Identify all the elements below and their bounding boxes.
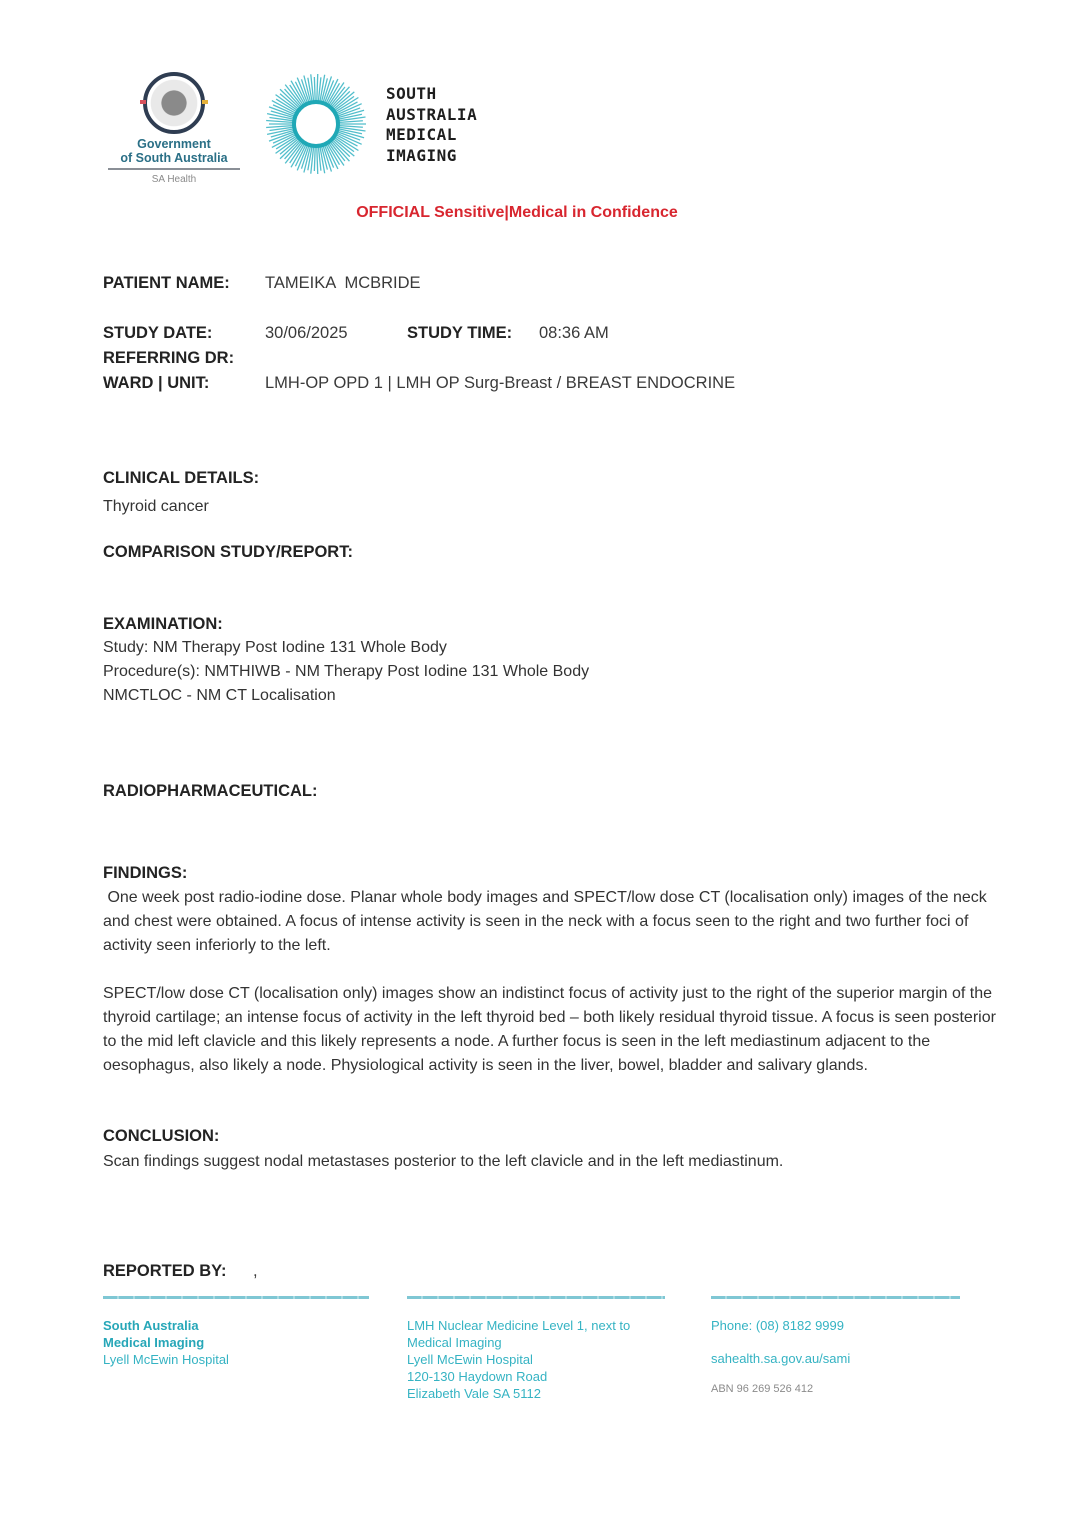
footer-address-line: Lyell McEwin Hospital: [407, 1351, 630, 1368]
sami-word-3: MEDICAL: [386, 125, 477, 146]
footer-org-line2: Medical Imaging: [103, 1335, 204, 1350]
findings-paragraph-1: One week post radio-iodine dose. Planar …: [103, 886, 1001, 958]
study-time-label: STUDY TIME:: [407, 324, 512, 343]
findings-paragraph-2: SPECT/low dose CT (localisation only) im…: [103, 982, 1001, 1078]
examination-study: Study: NM Therapy Post Iodine 131 Whole …: [103, 636, 1003, 660]
footer-address-line: LMH Nuclear Medicine Level 1, next to: [407, 1317, 630, 1334]
clinical-details-heading: CLINICAL DETAILS:: [103, 469, 1003, 488]
study-date-label: STUDY DATE:: [103, 324, 212, 343]
footer-address: LMH Nuclear Medicine Level 1, next to Me…: [407, 1317, 630, 1402]
examination-heading: EXAMINATION:: [103, 615, 1003, 634]
patient-name-value: TAMEIKA MCBRIDE: [265, 274, 421, 293]
footer-address-line: Medical Imaging: [407, 1334, 630, 1351]
footer-rule-1: [103, 1296, 369, 1299]
footer-contact: Phone: (08) 8182 9999 sahealth.sa.gov.au…: [711, 1317, 850, 1398]
sami-word-1: SOUTH: [386, 84, 477, 105]
patient-name-label: PATIENT NAME:: [103, 274, 230, 293]
footer-org-line1: South Australia: [103, 1318, 199, 1333]
reported-by-value: ,: [253, 1262, 258, 1281]
footer-address-line: Elizabeth Vale SA 5112: [407, 1385, 630, 1402]
findings-heading: FINDINGS:: [103, 864, 1003, 883]
sami-burst-icon: [264, 72, 368, 176]
gov-name-line2: of South Australia: [108, 151, 240, 165]
conclusion-heading: CONCLUSION:: [103, 1127, 1003, 1146]
footer-rule-2: [407, 1296, 665, 1299]
footer-rule-3: [711, 1296, 960, 1299]
sami-word-2: AUSTRALIA: [386, 105, 477, 126]
footer-org: South Australia Medical Imaging Lyell Mc…: [103, 1317, 229, 1368]
radiopharmaceutical-heading: RADIOPHARMACEUTICAL:: [103, 782, 1003, 801]
gov-logo-sub: SA Health: [108, 174, 240, 185]
classification-banner: OFFICIAL Sensitive|Medical in Confidence: [0, 204, 1034, 222]
clinical-details-text: Thyroid cancer: [103, 495, 1003, 519]
footer-org-hospital: Lyell McEwin Hospital: [103, 1351, 229, 1368]
comparison-heading: COMPARISON STUDY/REPORT:: [103, 543, 1003, 562]
sami-word-4: IMAGING: [386, 146, 477, 167]
gov-emblem-icon: [143, 72, 205, 134]
study-date-value: 30/06/2025: [265, 324, 348, 343]
footer-address-line: 120-130 Haydown Road: [407, 1368, 630, 1385]
gov-sa-logo: Government of South Australia SA Health: [108, 72, 240, 185]
ward-unit-value: LMH-OP OPD 1 | LMH OP Surg-Breast / BREA…: [265, 374, 735, 393]
sami-wordmark: SOUTH AUSTRALIA MEDICAL IMAGING: [386, 84, 477, 166]
footer-phone: Phone: (08) 8182 9999: [711, 1317, 850, 1334]
gov-logo-rule: [108, 168, 240, 170]
gov-name-line1: Government: [108, 137, 240, 151]
examination-procedure: Procedure(s): NMTHIWB - NM Therapy Post …: [103, 660, 1003, 684]
reported-by-label: REPORTED BY:: [103, 1262, 226, 1281]
footer-abn: ABN 96 269 526 412: [711, 1381, 850, 1398]
examination-localisation: NMCTLOC - NM CT Localisation: [103, 684, 1003, 708]
footer-website-link[interactable]: sahealth.sa.gov.au/sami: [711, 1350, 850, 1367]
ward-unit-label: WARD | UNIT:: [103, 374, 209, 393]
study-time-value: 08:36 AM: [539, 324, 609, 343]
conclusion-text: Scan findings suggest nodal metastases p…: [103, 1150, 1003, 1174]
referring-dr-label: REFERRING DR:: [103, 349, 234, 368]
